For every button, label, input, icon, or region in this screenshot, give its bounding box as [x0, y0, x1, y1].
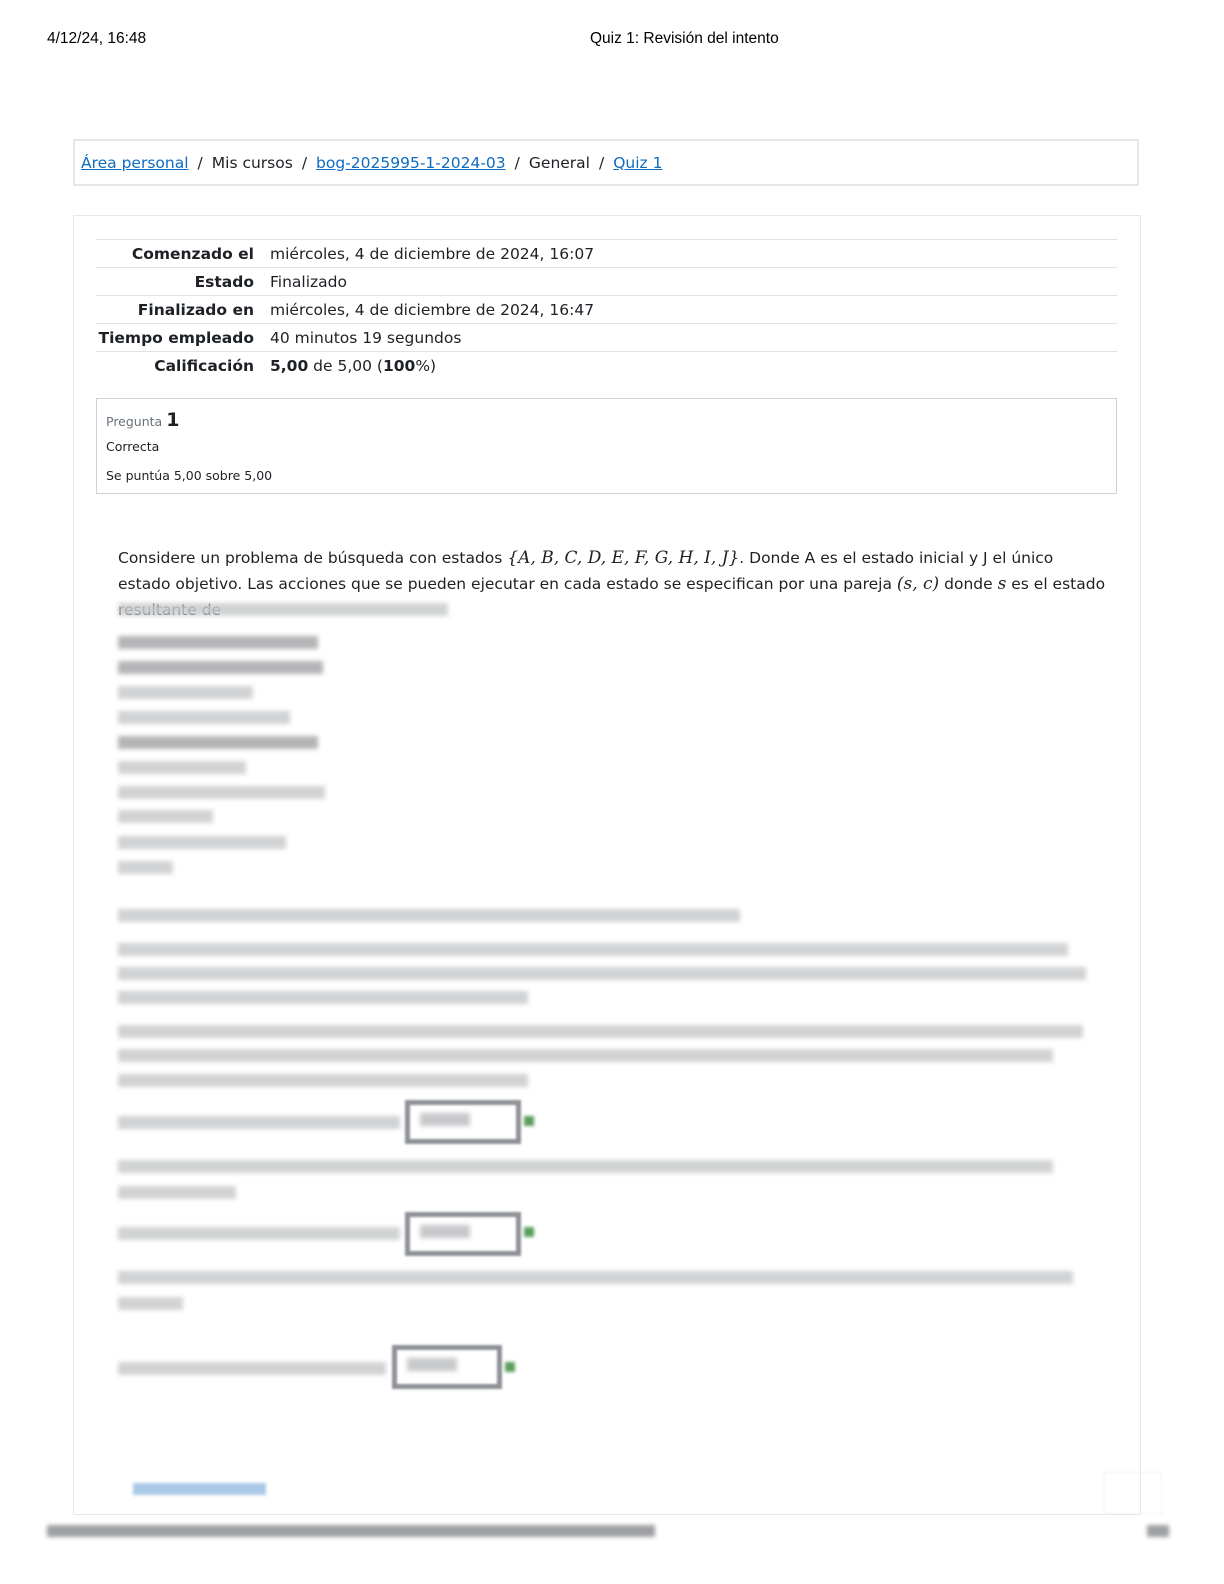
answer-input-1[interactable]: [405, 1100, 521, 1144]
check-icon: [505, 1362, 515, 1372]
summary-value: miércoles, 4 de diciembre de 2024, 16:07: [270, 240, 1117, 268]
summary-row-started: Comenzado el miércoles, 4 de diciembre d…: [96, 240, 1117, 268]
breadcrumb-general: General: [529, 154, 590, 172]
breadcrumb-separator: /: [515, 154, 520, 172]
print-footer-url: [47, 1525, 655, 1537]
breadcrumb-area-personal[interactable]: Área personal: [81, 154, 189, 172]
print-title: Quiz 1: Revisión del intento: [590, 30, 779, 48]
question-grade: Se puntúa 5,00 sobre 5,00: [106, 468, 1107, 483]
redacted-line: [118, 1362, 386, 1375]
math-pair: (s, c): [897, 574, 939, 594]
question-prefix: Pregunta: [106, 414, 162, 429]
print-footer-page: [1147, 1525, 1169, 1537]
breadcrumb-course[interactable]: bog-2025995-1-2024-03: [316, 154, 506, 172]
redacted-line: [118, 1160, 1053, 1173]
question-number: Pregunta 1: [106, 409, 1107, 431]
grade-value: 5,00: [270, 357, 308, 375]
finish-review-link[interactable]: [133, 1483, 266, 1495]
summary-label: Calificación: [96, 352, 270, 380]
breadcrumb-mis-cursos: Mis cursos: [212, 154, 293, 172]
summary-value: Finalizado: [270, 268, 1117, 296]
check-icon: [524, 1227, 534, 1237]
breadcrumb-separator: /: [599, 154, 604, 172]
redacted-line: [118, 1271, 1073, 1284]
redacted-line: [118, 943, 1068, 956]
question-text-part: Considere un problema de búsqueda con es…: [118, 549, 507, 567]
scroll-top-button[interactable]: [1104, 1472, 1162, 1514]
redacted-line: [118, 991, 528, 1004]
summary-value: 5,00 de 5,00 (100%): [270, 352, 1117, 380]
redacted-line: [118, 861, 173, 874]
print-datetime: 4/12/24, 16:48: [47, 30, 146, 48]
question-state: Correcta: [106, 439, 1107, 454]
redacted-line: [118, 686, 253, 699]
breadcrumb: Área personal / Mis cursos / bog-2025995…: [73, 139, 1139, 186]
summary-value: miércoles, 4 de diciembre de 2024, 16:47: [270, 296, 1117, 324]
redacted-line: [118, 909, 740, 922]
redacted-line: [118, 967, 1086, 980]
math-states: {A, B, C, D, E, F, G, H, I, J}: [507, 548, 739, 568]
grade-text: de 5,00 (: [308, 357, 383, 375]
redacted-line: [118, 711, 290, 724]
grade-text-end: %): [415, 357, 436, 375]
math-s: s: [998, 574, 1007, 594]
redacted-line: [118, 1116, 400, 1129]
redacted-line: [118, 661, 323, 674]
redacted-line: [118, 636, 318, 649]
redacted-line: [118, 1297, 183, 1310]
question-info-box: Pregunta 1 Correcta Se puntúa 5,00 sobre…: [96, 398, 1117, 494]
redacted-line: [118, 786, 325, 799]
breadcrumb-separator: /: [302, 154, 307, 172]
redacted-line: [118, 810, 213, 823]
redacted-line: [118, 836, 286, 849]
check-icon: [524, 1116, 534, 1126]
summary-row-grade: Calificación 5,00 de 5,00 (100%): [96, 352, 1117, 380]
summary-row-time: Tiempo empleado 40 minutos 19 segundos: [96, 324, 1117, 352]
redacted-line: [118, 736, 318, 749]
answer-input-3[interactable]: [392, 1345, 502, 1389]
redacted-line: [118, 1074, 528, 1087]
summary-label: Comenzado el: [96, 240, 270, 268]
redacted-line: [118, 1227, 400, 1240]
redacted-line: [118, 1186, 236, 1199]
summary-label: Estado: [96, 268, 270, 296]
breadcrumb-quiz[interactable]: Quiz 1: [613, 154, 662, 172]
grade-percent: 100: [383, 357, 415, 375]
redacted-line: [118, 603, 448, 616]
redacted-line: [118, 1025, 1083, 1038]
answer-input-2[interactable]: [405, 1212, 521, 1256]
attempt-summary-table: Comenzado el miércoles, 4 de diciembre d…: [96, 239, 1117, 380]
redacted-line: [118, 1049, 1053, 1062]
question-text-part: donde: [939, 575, 997, 593]
summary-row-finished: Finalizado en miércoles, 4 de diciembre …: [96, 296, 1117, 324]
question-number-value: 1: [166, 409, 179, 431]
summary-row-state: Estado Finalizado: [96, 268, 1117, 296]
summary-value: 40 minutos 19 segundos: [270, 324, 1117, 352]
summary-label: Tiempo empleado: [96, 324, 270, 352]
redacted-line: [118, 761, 246, 774]
breadcrumb-separator: /: [198, 154, 203, 172]
summary-label: Finalizado en: [96, 296, 270, 324]
